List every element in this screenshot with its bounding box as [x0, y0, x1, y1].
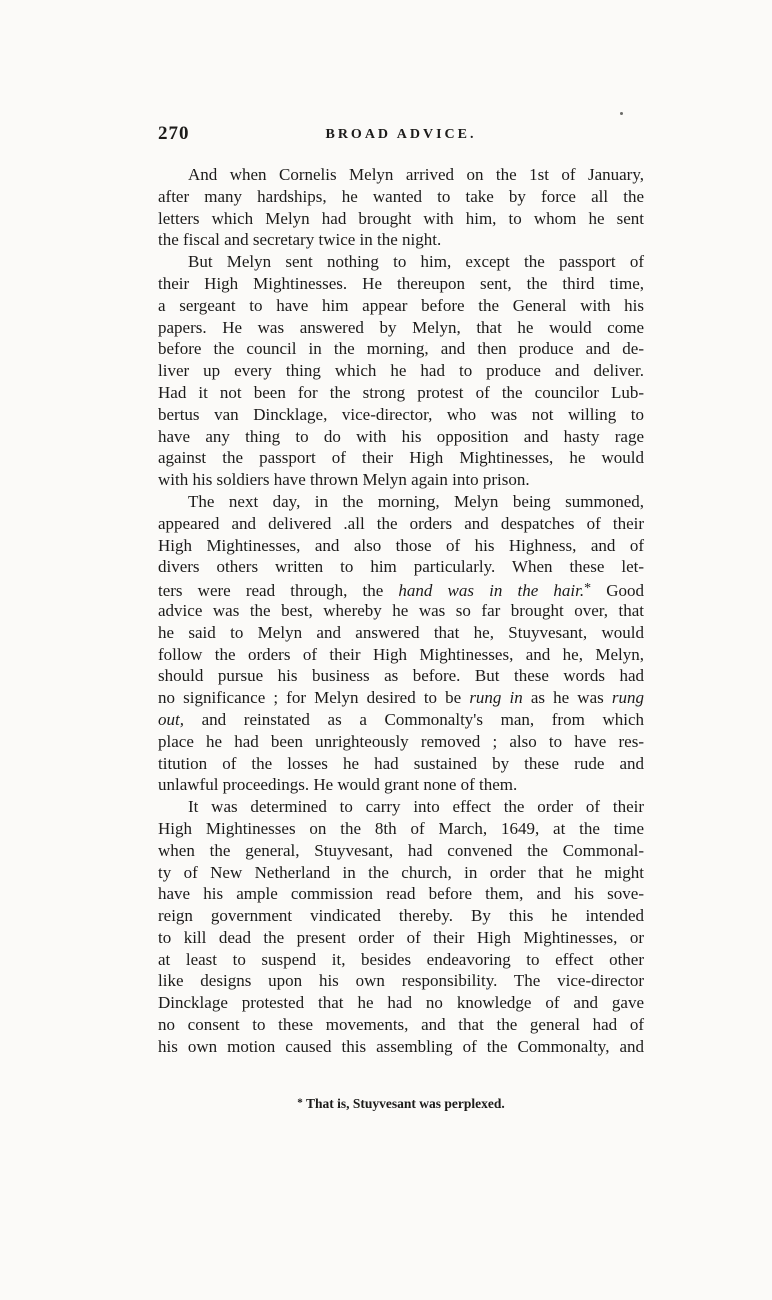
- text-segment: titution of the losses he had sustained …: [158, 754, 644, 773]
- text-segment: as he was: [523, 688, 612, 707]
- text-segment: follow the orders of their High Mightine…: [158, 645, 644, 664]
- text-line: have any thing to do with his opposition…: [158, 426, 644, 448]
- text-segment: have his ample commission read before th…: [158, 884, 644, 903]
- paragraph: And when Cornelis Melyn arrived on the 1…: [158, 164, 644, 251]
- text-segment: liver up every thing which he had to pro…: [158, 361, 644, 380]
- text-line: ters were read through, the hand was in …: [158, 578, 644, 600]
- text-line: It was determined to carry into effect t…: [158, 796, 644, 818]
- paragraph: It was determined to carry into effect t…: [158, 796, 644, 1058]
- text-line: ty of New Netherland in the church, in o…: [158, 862, 644, 884]
- footnote-marker: *: [297, 1097, 303, 1109]
- text-segment: appeared and delivered .all the orders a…: [158, 514, 644, 533]
- text-segment: no consent to these movements, and that …: [158, 1015, 644, 1034]
- text-line: advice was the best, whereby he was so f…: [158, 600, 644, 622]
- text-line: to kill dead the present order of their …: [158, 927, 644, 949]
- running-title: BROAD ADVICE.: [158, 127, 644, 143]
- text-segment: place he had been unrighteously removed …: [158, 732, 644, 751]
- text-segment: advice was the best, whereby he was so f…: [158, 601, 644, 620]
- text-segment: letters which Melyn had brought with him…: [158, 209, 644, 228]
- text-line: before the council in the morning, and t…: [158, 338, 644, 360]
- text-segment: But Melyn sent nothing to him, except th…: [188, 252, 644, 271]
- text-segment: It was determined to carry into effect t…: [188, 797, 644, 816]
- text-segment: their High Mightinesses. He thereupon se…: [158, 274, 644, 293]
- text-line: But Melyn sent nothing to him, except th…: [158, 251, 644, 273]
- text-line: bertus van Dincklage, vice-director, who…: [158, 404, 644, 426]
- text-segment: a sergeant to have him appear before the…: [158, 296, 644, 315]
- text-segment: reign government vindicated thereby. By …: [158, 906, 644, 925]
- text-segment: after many hardships, he wanted to take …: [158, 187, 644, 206]
- text-segment: no significance ; for Melyn desired to b…: [158, 688, 469, 707]
- italic-segment: hand was in the hair.: [398, 581, 584, 600]
- text-line: unlawful proceedings. He would grant non…: [158, 774, 644, 796]
- text-line: And when Cornelis Melyn arrived on the 1…: [158, 164, 644, 186]
- text-segment: against the passport of their High Might…: [158, 448, 644, 467]
- text-segment: have any thing to do with his opposition…: [158, 427, 644, 446]
- text-segment: his own motion caused this assembling of…: [158, 1037, 644, 1056]
- text-line: appeared and delivered .all the orders a…: [158, 513, 644, 535]
- paragraph: But Melyn sent nothing to him, except th…: [158, 251, 644, 491]
- ink-speck: [620, 112, 623, 115]
- text-line: Dincklage protested that he had no knowl…: [158, 992, 644, 1014]
- text-line: at least to suspend it, besides endeavor…: [158, 949, 644, 971]
- text-segment: before the council in the morning, and t…: [158, 339, 644, 358]
- text-line: with his soldiers have thrown Melyn agai…: [158, 469, 644, 491]
- text-line: have his ample commission read before th…: [158, 883, 644, 905]
- text-line: Had it not been for the strong protest o…: [158, 382, 644, 404]
- text-line: no consent to these movements, and that …: [158, 1014, 644, 1036]
- text-segment: Good: [591, 581, 644, 600]
- italic-segment: out,: [158, 710, 184, 729]
- text-segment: ty of New Netherland in the church, in o…: [158, 863, 644, 882]
- text-segment: unlawful proceedings. He would grant non…: [158, 775, 517, 794]
- text-line: follow the orders of their High Mightine…: [158, 644, 644, 666]
- scanned-book-page: 270 BROAD ADVICE. And when Cornelis Mely…: [0, 0, 772, 1300]
- text-segment: he said to Melyn and answered that he, S…: [158, 623, 644, 642]
- text-segment: And when Cornelis Melyn arrived on the 1…: [188, 165, 644, 184]
- text-segment: Had it not been for the strong protest o…: [158, 383, 644, 402]
- text-segment: like designs upon his own responsibility…: [158, 971, 644, 990]
- text-segment: High Mightinesses, and also those of his…: [158, 536, 644, 555]
- text-segment: The next day, in the morning, Melyn bein…: [188, 492, 644, 511]
- text-line: he said to Melyn and answered that he, S…: [158, 622, 644, 644]
- text-segment: with his soldiers have thrown Melyn agai…: [158, 470, 530, 489]
- text-line: letters which Melyn had brought with him…: [158, 208, 644, 230]
- text-segment: papers. He was answered by Melyn, that h…: [158, 318, 644, 337]
- text-line: divers others written to him particularl…: [158, 556, 644, 578]
- text-segment: divers others written to him particularl…: [158, 557, 644, 576]
- italic-segment: rung in: [469, 688, 522, 707]
- text-segment: at least to suspend it, besides endeavor…: [158, 950, 644, 969]
- page-header: 270 BROAD ADVICE.: [158, 123, 644, 147]
- footnote: * That is, Stuyvesant was perplexed.: [158, 1096, 644, 1112]
- text-line: High Mightinesses on the 8th of March, 1…: [158, 818, 644, 840]
- text-line: papers. He was answered by Melyn, that h…: [158, 317, 644, 339]
- text-line: no significance ; for Melyn desired to b…: [158, 687, 644, 709]
- text-segment: bertus van Dincklage, vice-director, who…: [158, 405, 644, 424]
- text-line: after many hardships, he wanted to take …: [158, 186, 644, 208]
- text-segment: High Mightinesses on the 8th of March, 1…: [158, 819, 644, 838]
- italic-segment: rung: [612, 688, 644, 707]
- text-segment: should pursue his business as before. Bu…: [158, 666, 644, 685]
- footnote-text: That is, Stuyvesant was perplexed.: [306, 1096, 505, 1111]
- text-line: when the general, Stuyvesant, had conven…: [158, 840, 644, 862]
- text-line: like designs upon his own responsibility…: [158, 970, 644, 992]
- text-line: his own motion caused this assembling of…: [158, 1036, 644, 1058]
- text-line: against the passport of their High Might…: [158, 447, 644, 469]
- text-segment: when the general, Stuyvesant, had conven…: [158, 841, 644, 860]
- text-line: a sergeant to have him appear before the…: [158, 295, 644, 317]
- text-segment: ters were read through, the: [158, 581, 398, 600]
- text-segment: the fiscal and secretary twice in the ni…: [158, 230, 441, 249]
- text-line: their High Mightinesses. He thereupon se…: [158, 273, 644, 295]
- paragraph: The next day, in the morning, Melyn bein…: [158, 491, 644, 796]
- text-line: the fiscal and secretary twice in the ni…: [158, 229, 644, 251]
- text-line: reign government vindicated thereby. By …: [158, 905, 644, 927]
- text-line: liver up every thing which he had to pro…: [158, 360, 644, 382]
- text-line: titution of the losses he had sustained …: [158, 753, 644, 775]
- text-segment: to kill dead the present order of their …: [158, 928, 644, 947]
- text-block: And when Cornelis Melyn arrived on the 1…: [158, 164, 644, 1058]
- text-segment: Dincklage protested that he had no knowl…: [158, 993, 644, 1012]
- text-line: The next day, in the morning, Melyn bein…: [158, 491, 644, 513]
- text-segment: and reinstated as a Commonalty's man, fr…: [184, 710, 644, 729]
- text-line: should pursue his business as before. Bu…: [158, 665, 644, 687]
- text-line: High Mightinesses, and also those of his…: [158, 535, 644, 557]
- text-line: place he had been unrighteously removed …: [158, 731, 644, 753]
- text-line: out, and reinstated as a Commonalty's ma…: [158, 709, 644, 731]
